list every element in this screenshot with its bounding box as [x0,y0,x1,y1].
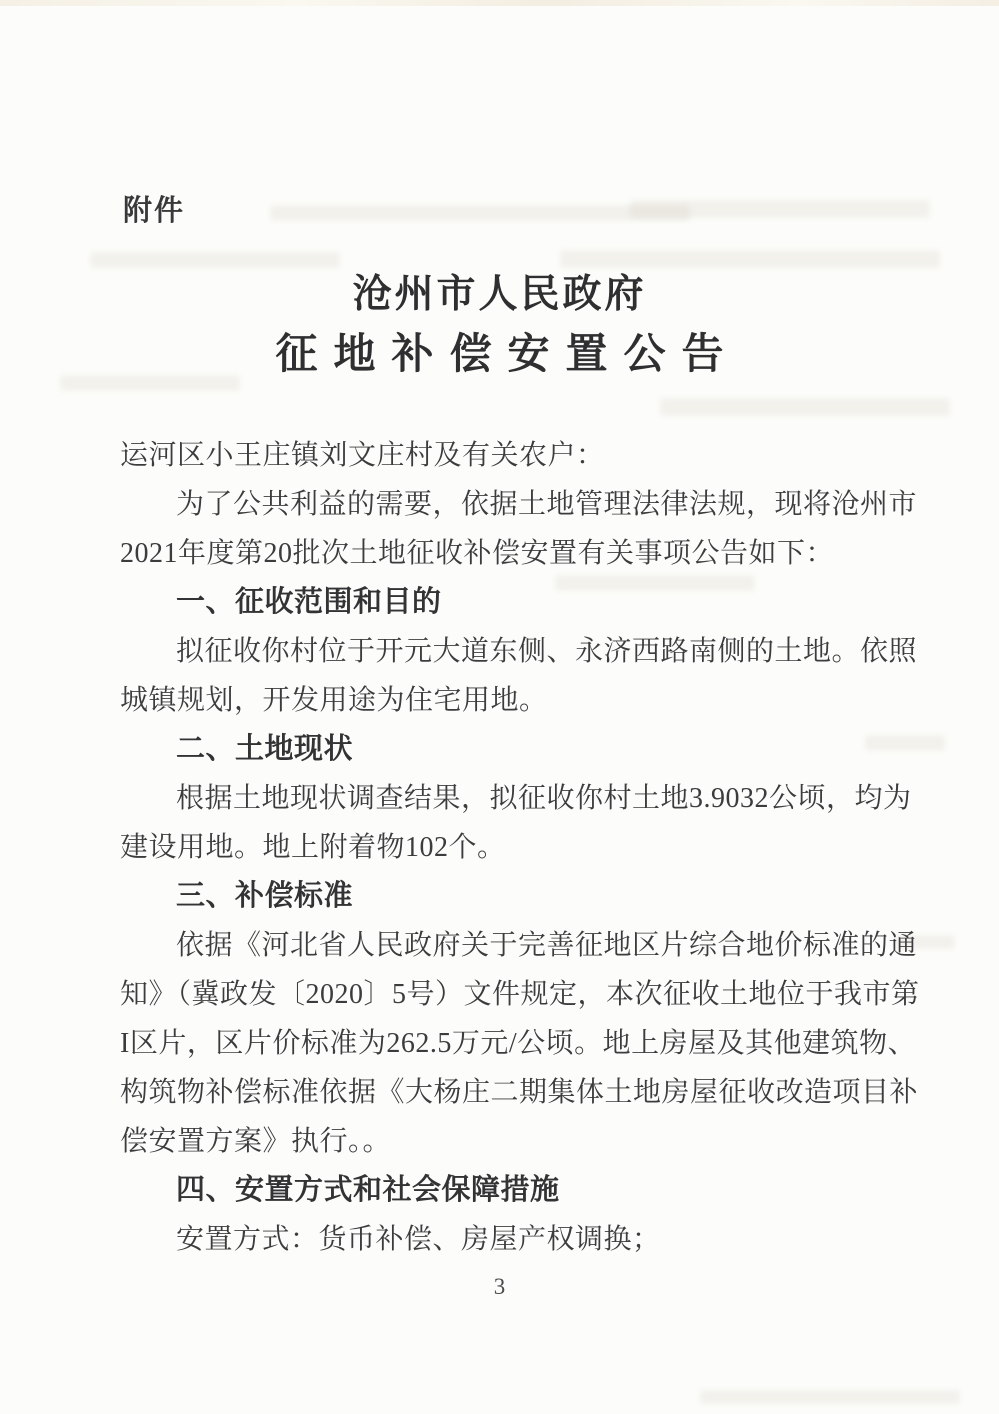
scan-artifact [90,252,340,268]
document-body: 运河区小王庄镇刘文庄村及有关农户：为了公共利益的需要，依据土地管理法律法规，现将… [120,431,892,1264]
document-line: 运河区小王庄镇刘文庄村及有关农户： [120,431,892,480]
page-number: 3 [0,1274,999,1300]
document-line: 偿安置方案》执行。。 [120,1117,892,1166]
scan-artifact [630,200,930,218]
document-line: 2021年度第20批次土地征收补偿安置有关事项公告如下： [120,529,892,578]
document-line: 构筑物补偿标准依据《大杨庄二期集体土地房屋征收改造项目补 [120,1068,892,1117]
document-title: 沧州市人民政府 征地补偿安置公告 [0,272,999,380]
scan-top-edge [0,0,999,6]
scan-artifact [700,1390,960,1404]
scan-artifact [270,205,690,221]
document-line: 城镇规划，开发用途为住宅用地。 [120,676,892,725]
title-announcement: 征地补偿安置公告 [0,330,999,380]
scanned-document-page: 附件 沧州市人民政府 征地补偿安置公告 运河区小王庄镇刘文庄村及有关农户：为了公… [0,0,999,1414]
title-issuer: 沧州市人民政府 [0,272,999,318]
document-line: 拟征收你村位于开元大道东侧、永济西路南侧的土地。依照 [120,627,892,676]
document-line: 安置方式：货币补偿、房屋产权调换； [120,1215,892,1264]
attachment-label: 附件 [123,188,185,229]
document-line: 建设用地。地上附着物102个。 [120,823,892,872]
scan-artifact [660,398,950,416]
scan-artifact [560,250,940,268]
document-line: 知》（冀政发〔2020〕5号）文件规定，本次征收土地位于我市第 [120,970,892,1019]
section-heading: 四、安置方式和社会保障措施 [120,1166,892,1215]
document-line: 根据土地现状调查结果，拟征收你村土地3.9032公顷，均为 [120,774,892,823]
document-line: I区片，区片价标准为262.5万元/公顷。地上房屋及其他建筑物、 [120,1019,892,1068]
document-line: 依据《河北省人民政府关于完善征地区片综合地价标准的通 [120,921,892,970]
document-line: 为了公共利益的需要，依据土地管理法律法规，现将沧州市 [120,480,892,529]
section-heading: 二、土地现状 [120,725,892,774]
section-heading: 一、征收范围和目的 [120,578,892,627]
section-heading: 三、补偿标准 [120,872,892,921]
